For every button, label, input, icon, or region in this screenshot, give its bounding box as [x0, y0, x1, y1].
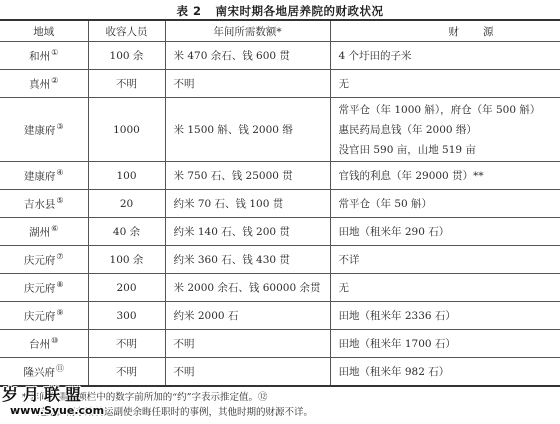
need-cell: 不明: [165, 358, 330, 387]
table-row: 庆元府⑦ 100 余 约米 360 石、钱 430 贯 不详: [0, 246, 560, 274]
people-cell: 300: [88, 302, 165, 330]
finance-table: 地域 收容人员 年间所需数额* 财源 和州① 100 余 米 470 余石、钱 …: [0, 19, 560, 387]
note-marker: ④: [56, 168, 63, 177]
region-cell: 湖州⑥: [0, 218, 88, 246]
note-marker: ⑧: [56, 280, 63, 289]
table-row: 台州⑩ 不明 不明 田地（租米年 1700 石）: [0, 330, 560, 358]
table-row: 吉水县⑤ 20 约米 70 石、钱 100 贯 常平仓（年 50 斛）: [0, 190, 560, 218]
source-cell: 常平仓（年 1000 斛），府仓（年 500 斛） 惠民药局息钱（年 2000 …: [330, 98, 560, 162]
source-cell: 无: [330, 70, 560, 98]
header-region: 地域: [0, 20, 88, 42]
source-cell: 官钱的利息（年 29000 贯）**: [330, 162, 560, 190]
region-cell: 吉水县⑤: [0, 190, 88, 218]
note-marker: ⑩: [51, 336, 58, 345]
table-row: 真州② 不明 不明 无: [0, 70, 560, 98]
people-cell: 不明: [88, 330, 165, 358]
people-cell: 100 余: [88, 42, 165, 70]
note-marker: ①: [51, 48, 58, 57]
people-cell: 100 余: [88, 246, 165, 274]
region-cell: 台州⑩: [0, 330, 88, 358]
note-marker: ⑦: [56, 252, 63, 261]
table-row: 庆元府⑧ 200 米 2000 余石、钱 60000 余贯 无: [0, 274, 560, 302]
source-line: 惠民药局息钱（年 2000 缗）: [339, 120, 553, 140]
people-cell: 100: [88, 162, 165, 190]
need-cell: 约米 70 石、钱 100 贯: [165, 190, 330, 218]
table-title: 南宋时期各地居养院的财政状况: [216, 4, 384, 18]
header-annual-need: 年间所需数额*: [165, 20, 330, 42]
source-cell: 田地（租米年 290 石）: [330, 218, 560, 246]
region-cell: 庆元府⑨: [0, 302, 88, 330]
source-cell: 田地（租米年 1700 石）: [330, 330, 560, 358]
people-cell: 不明: [88, 358, 165, 387]
people-cell: 20: [88, 190, 165, 218]
region-cell: 建康府④: [0, 162, 88, 190]
note-marker: ⑤: [56, 196, 63, 205]
table-caption: 表 2南宋时期各地居养院的财政状况: [0, 3, 560, 19]
need-cell: 米 1500 斛、钱 2000 缗: [165, 98, 330, 162]
region-cell: 真州②: [0, 70, 88, 98]
header-funding-source: 财源: [330, 20, 560, 42]
note-marker: ⑪: [56, 364, 64, 373]
source-cell: 4 个圩田的子米: [330, 42, 560, 70]
table-row: 建康府③ 1000 米 1500 斛、钱 2000 缗 常平仓（年 1000 斛…: [0, 98, 560, 162]
need-cell: 米 470 余石、钱 600 贯: [165, 42, 330, 70]
table-number: 表 2: [176, 4, 201, 18]
note-marker: ⑥: [51, 224, 58, 233]
note-marker: ②: [51, 76, 58, 85]
need-cell: 约米 2000 石: [165, 302, 330, 330]
table-row: 和州① 100 余 米 470 余石、钱 600 贯 4 个圩田的子米: [0, 42, 560, 70]
need-cell: 约米 360 石、钱 430 贯: [165, 246, 330, 274]
watermark-title: 岁月联盟: [2, 386, 104, 404]
table-row: 湖州⑥ 40 余 约米 140 石、钱 200 贯 田地（租米年 290 石）: [0, 218, 560, 246]
need-cell: 约米 140 石、钱 200 贯: [165, 218, 330, 246]
header-people: 收容人员: [88, 20, 165, 42]
source-cell: 田地（租米年 982 石）: [330, 358, 560, 387]
table-row: 建康府④ 100 米 750 石、钱 25000 贯 官钱的利息（年 29000…: [0, 162, 560, 190]
people-cell: 1000: [88, 98, 165, 162]
need-cell: 不明: [165, 70, 330, 98]
source-cell: 常平仓（年 50 斛）: [330, 190, 560, 218]
people-cell: 40 余: [88, 218, 165, 246]
table-row: 隆兴府⑪ 不明 不明 田地（租米年 982 石）: [0, 358, 560, 387]
need-cell: 米 2000 余石、钱 60000 余贯: [165, 274, 330, 302]
region-cell: 隆兴府⑪: [0, 358, 88, 387]
header-row: 地域 收容人员 年间所需数额* 财源: [0, 20, 560, 42]
need-cell: 米 750 石、钱 25000 贯: [165, 162, 330, 190]
note-marker: ③: [56, 122, 63, 131]
table-row: 庆元府⑨ 300 约米 2000 石 田地（租米年 2336 石）: [0, 302, 560, 330]
site-watermark: 岁月联盟 www.Syue.com: [2, 386, 104, 418]
region-cell: 和州①: [0, 42, 88, 70]
source-cell: 不详: [330, 246, 560, 274]
people-cell: 不明: [88, 70, 165, 98]
source-line: 没官田 590 亩，山地 519 亩: [339, 140, 553, 160]
need-cell: 不明: [165, 330, 330, 358]
source-line: 常平仓（年 1000 斛），府仓（年 500 斛）: [339, 100, 553, 120]
source-cell: 田地（租米年 2336 石）: [330, 302, 560, 330]
people-cell: 200: [88, 274, 165, 302]
region-cell: 建康府③: [0, 98, 88, 162]
region-cell: 庆元府⑧: [0, 274, 88, 302]
note-marker: ⑨: [56, 308, 63, 317]
watermark-url: www.Syue.com: [10, 404, 104, 418]
region-cell: 庆元府⑦: [0, 246, 88, 274]
source-cell: 无: [330, 274, 560, 302]
